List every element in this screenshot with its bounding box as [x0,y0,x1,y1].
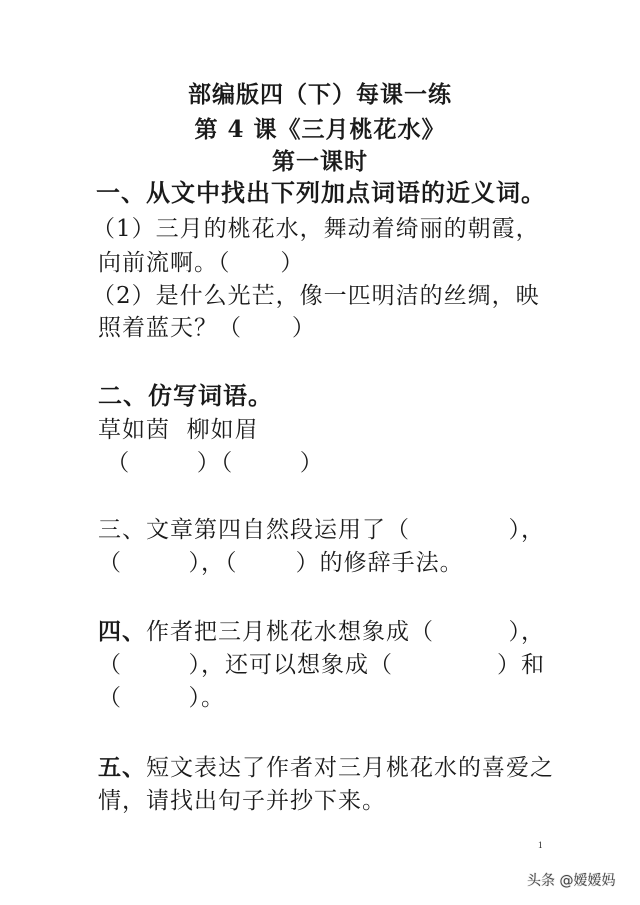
question-2-heading: 二、仿写词语。 [98,381,273,411]
question-3-line-2: （ ），（ ）的修辞手法。 [98,548,464,578]
question-3-blank-close: ）， [509,515,546,545]
question-4-line-1: 四、作者把三月桃花水想象成（ ）， [98,617,545,647]
question-5-label: 五、 [98,754,146,781]
question-4-line-2-text: （ ），还可以想象成（ [98,650,393,680]
question-2-examples: 草如茵 柳如眉 [98,415,259,445]
lesson-title: 第 4 课《三月桃花水》 [0,115,640,145]
question-1-heading: 一、从文中找出下列加点词语的近义词。 [96,178,546,208]
question-1-item-1-line-1: （1）三月的桃花水，舞动着绮丽的朝霞， [92,214,540,244]
question-1-item-1-line-2: 向前流啊。（ ） [98,248,304,278]
question-4-prompt: 作者把三月桃花水想象成（ [146,619,434,645]
question-1-item-2-line-2: 照着蓝天？（ ） [98,313,316,343]
question-4-line-3: （ ）。 [98,683,225,713]
question-4-line-2: （ ），还可以想象成（ ）和 [98,650,545,680]
lesson-period: 第一课时 [0,147,640,177]
question-4-line-2-end: ）和 [497,650,545,680]
question-3-line-1: 三、文章第四自然段运用了（ ）， [98,515,545,545]
question-5-line-2: 情，请找出句子并抄下来。 [98,786,386,816]
watermark: 头条 @嫒嫒妈 [527,870,615,890]
question-4-label: 四、 [98,618,146,645]
question-2-answer-blanks: （ ）（ ） [98,448,324,478]
question-1-item-2-line-1: （2）是什么光芒，像一匹明洁的丝绸，映 [92,281,540,311]
question-5-prompt: 短文表达了作者对三月桃花水的喜爱之 [146,755,554,781]
question-4-blank-close: ）， [509,617,546,647]
question-4-text: 四、作者把三月桃花水想象成（ [98,617,434,647]
page-number: 1 [538,840,543,850]
page-title: 部编版四（下）每课一练 [0,80,640,110]
question-5-line-1: 五、短文表达了作者对三月桃花水的喜爱之 [98,753,554,783]
question-3-text: 三、文章第四自然段运用了（ [98,515,410,545]
